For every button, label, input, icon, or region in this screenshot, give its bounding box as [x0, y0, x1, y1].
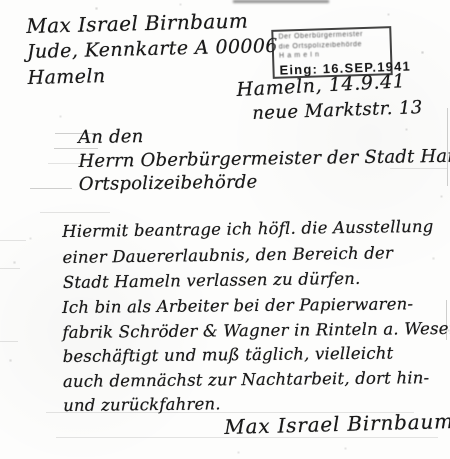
- scan-speckles: [0, 0, 1, 1]
- body-line: auch demnächst zur Nachtarbeit, dort hin…: [63, 365, 450, 394]
- body-line: beschäftigt und muß täglich, vielleicht: [63, 341, 450, 370]
- ruled-line: [30, 188, 72, 189]
- ruled-line: [0, 268, 20, 269]
- receipt-stamp: Der Oberbürgermeister die Ortspolizeibeh…: [271, 26, 392, 79]
- scan-artifact-bar: [233, 0, 329, 3]
- stamp-received-date: Eing: 16.SEP.1941: [274, 59, 390, 78]
- recipient-block: An den Herrn Oberbürgermeister der Stadt…: [78, 120, 450, 196]
- ruled-line: [40, 212, 110, 213]
- ruled-line: [0, 341, 18, 342]
- signature: Max Israel Birnbaum: [224, 409, 450, 439]
- body-paragraph-2: Ich bin als Arbeiter bei der Papierwaren…: [62, 292, 450, 419]
- body-line: Ich bin als Arbeiter bei der Papierwaren…: [62, 292, 450, 321]
- body-line: einer Dauererlaubnis, den Bereich der: [62, 239, 434, 270]
- body-paragraph-1: Hiermit beantrage ich höfl. die Ausstell…: [62, 214, 434, 296]
- ruled-line: [0, 240, 26, 241]
- dateline-street: neue Marktstr. 13: [252, 97, 423, 124]
- recipient-office: Ortspolizeibehörde: [79, 167, 450, 196]
- body-line: Stadt Hameln verlassen zu dürfen.: [63, 265, 435, 296]
- ruled-line: [48, 163, 82, 164]
- letter-scan: Max Israel Birnbaum Jude, Kennkarte A 00…: [0, 0, 450, 459]
